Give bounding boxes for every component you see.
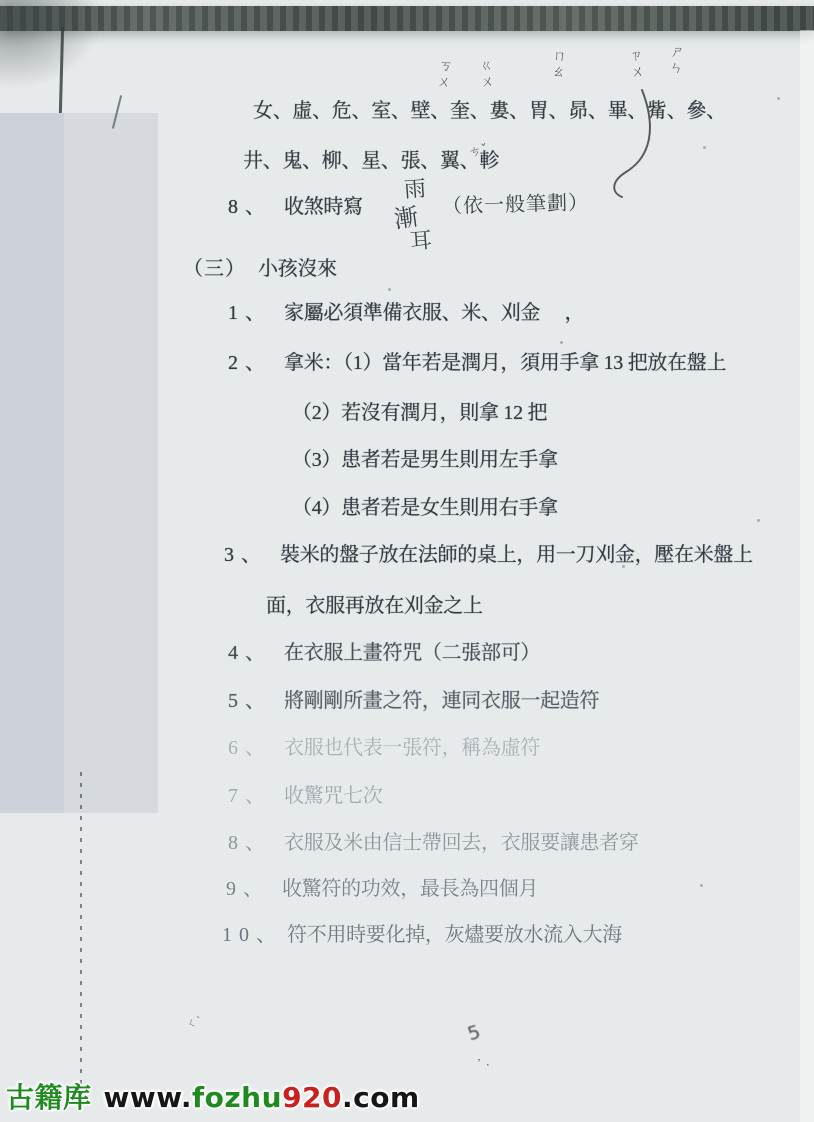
list-item-2-sub-3: （3）患者若是男生則用左手拿 [292, 443, 558, 472]
scan-left-shadow-inner [0, 113, 64, 813]
scan-speck [757, 519, 760, 522]
item-number: 6 、 [228, 731, 266, 760]
section-3-label: （三） [183, 252, 246, 281]
item-text: 衣服及米由信士帶回去，衣服要讓患者穿 [284, 826, 639, 855]
page-number-smudge: 5 [465, 1021, 483, 1046]
item-text: 收驚符的功效，最長為四個月 [282, 872, 538, 901]
item-text: 家屬必須準備衣服、米、刈金 ， [284, 296, 584, 325]
list-item-2: 2 、 拿米：（1）當年若是潤月，須用手拿 13 把放在盤上 [228, 346, 726, 375]
page-number-dots: ᾿ · [476, 1058, 490, 1072]
list-item-8: 8 、 衣服及米由信士帶回去，衣服要讓患者穿 [228, 826, 639, 855]
list-item-6: 6 、 衣服也代表一張符，稱為虛符 [228, 731, 540, 760]
lunar-mansions-line-2: 井、鬼、柳、星、張、翼、軫 [243, 144, 499, 173]
scan-speck [388, 288, 391, 291]
scan-speck [700, 884, 703, 887]
handwritten-zhuyin-annotation: ㄇㄠ [547, 47, 569, 80]
item-number: 2 、 [228, 346, 266, 375]
item-text: 裝米的盤子放在法師的桌上，用一刀刈金，壓在米盤上 [280, 538, 753, 567]
item-number: 8 、 [228, 826, 266, 855]
handwritten-zhuyin-annotation: ㄎㄨ [432, 57, 455, 91]
watermark-www: www. [104, 1081, 192, 1114]
item-number: 3 、 [224, 538, 262, 567]
item-number: 1 、 [228, 296, 266, 325]
list-item-3: 3 、 裝米的盤子放在法師的桌上，用一刀刈金，壓在米盤上 [224, 538, 753, 567]
scan-right-edge [800, 30, 814, 1122]
item-text: 收驚咒七次 [284, 779, 383, 808]
item-number: 9 、 [226, 872, 264, 901]
watermark: 古籍库www.fozhu920.com [6, 1076, 420, 1116]
list-item-7: 7 、 收驚咒七次 [228, 779, 383, 808]
handwritten-zhuyin-annotation: ㄕㄣ [665, 43, 688, 77]
item-text: （3）患者若是男生則用左手拿 [292, 443, 558, 472]
scan-speck [560, 341, 563, 344]
scan-speck [703, 146, 706, 149]
scan-dotted-fold-line [80, 772, 82, 1112]
watermark-tld: .com [342, 1081, 420, 1114]
list-item-10: 1 0 、 符不用時要化掉，灰燼要放水流入大海 [222, 918, 622, 947]
scan-edge-band [0, 6, 814, 31]
list-item-9: 9 、 收驚符的功效，最長為四個月 [226, 872, 538, 901]
step-8-text: 收煞時寫 [284, 190, 363, 219]
item-text: 將剛剛所畫之符，連同衣服一起造符 [284, 684, 599, 713]
lunar-mansions-line-1: 女、虛、危、室、壁、奎、婁、胃、昴、畢、觜、參、 [253, 94, 726, 123]
item-text: 衣服也代表一張符，稱為虛符 [284, 731, 540, 760]
item-number: 1 0 、 [222, 918, 277, 947]
list-item-2-sub-4: （4）患者若是女生則用右手拿 [292, 491, 558, 520]
section-3-title: 小孩沒來 [258, 252, 337, 281]
watermark-number: 920 [282, 1081, 342, 1114]
watermark-domain: fozhu [192, 1081, 282, 1114]
list-item-5: 5 、 將剛剛所畫之符，連同衣服一起造符 [228, 684, 599, 713]
list-item-3-wrap: 面，衣服再放在刈金之上 [266, 589, 483, 618]
handwritten-zhuyin-annotation: ㄗㄨ [624, 47, 647, 81]
item-text: 拿米：（1）當年若是潤月，須用手拿 13 把放在盤上 [284, 346, 726, 375]
handwritten-small-scribble: ㄑˋ [184, 1012, 204, 1032]
list-item-2-sub-2: （2）若沒有潤月，則拿 12 把 [292, 396, 547, 425]
step-8-line: 8 、 收煞時寫 [228, 190, 363, 219]
item-text: （2）若沒有潤月，則拿 12 把 [292, 396, 547, 425]
section-3-heading: （三） 小孩沒來 [183, 252, 337, 281]
step-8-number: 8 、 [228, 190, 266, 219]
item-number: 4 、 [228, 636, 266, 665]
item-text: 在衣服上畫符咒（二張部可） [284, 636, 540, 665]
handwritten-zhuyin-annotation: ㄍㄨ [475, 57, 498, 91]
item-number: 5 、 [228, 684, 266, 713]
item-text: （4）患者若是女生則用右手拿 [292, 491, 558, 520]
item-text: 面，衣服再放在刈金之上 [266, 589, 483, 618]
watermark-site-name: 古籍库 [6, 1081, 92, 1114]
list-item-4: 4 、 在衣服上畫符咒（二張部可） [228, 636, 540, 665]
scan-speck [777, 97, 780, 100]
item-number: 7 、 [228, 779, 266, 808]
scan-corner-blotch [0, 0, 110, 95]
handwritten-tick-mark: ㄘˇ [466, 138, 489, 161]
handwritten-stroke-order-note: （依一般筆劃） [442, 186, 590, 219]
list-item-1: 1 、 家屬必須準備衣服、米、刈金 ， [228, 296, 584, 325]
talisman-ear-component: 耳 [409, 226, 465, 256]
item-text: 符不用時要化掉，灰燼要放水流入大海 [287, 918, 622, 947]
scanned-document-page: ㄎㄨ ㄍㄨ ㄇㄠ ㄗㄨ ㄕㄣ 女、虛、危、室、壁、奎、婁、胃、昴、畢、觜、參、 … [0, 0, 814, 1122]
